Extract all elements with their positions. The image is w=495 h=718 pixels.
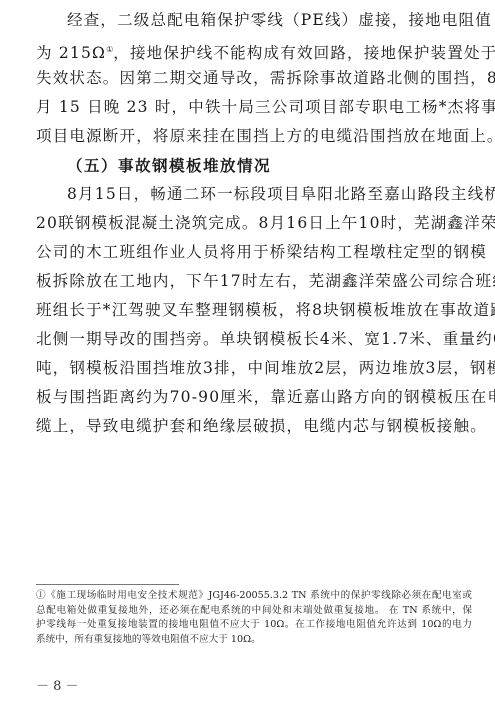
paragraph-line: 经查，二级总配电箱保护零线（PE线）虚接，接地电阻值 bbox=[36, 6, 472, 35]
paragraph-line: 项目电源断开，将原来挂在围挡上方的电缆沿围挡放在地面上。 bbox=[36, 122, 472, 151]
paragraph-line: 板拆除放在工地内，下午17时左右，芜湖鑫洋荣盛公司综合班组 bbox=[36, 267, 472, 296]
paragraph-line: 月 15 日晚 23 时，中铁十局三公司项目部专职电工杨*杰将事故 bbox=[36, 93, 472, 122]
footnote-line: 护零线每一处重复接地装置的接地电阻值不应大于 10Ω。在工作接地电阻值允许达到 … bbox=[36, 618, 472, 633]
paragraph-line: 8月15日，畅通二环一标段项目阜阳北路至嘉山路段主线桥 bbox=[36, 180, 472, 209]
body-text: 经查，二级总配电箱保护零线（PE线）虚接，接地电阻值 为 215Ω①，接地保护线… bbox=[36, 6, 472, 441]
paragraph-line: 20联钢模板混凝土浇筑完成。8月16日上午10时，芜湖鑫洋荣盛 bbox=[36, 209, 472, 238]
document-page: 经查，二级总配电箱保护零线（PE线）虚接，接地电阻值 为 215Ω①，接地保护线… bbox=[0, 0, 495, 718]
footnote-line: 系统中，所有重复接地的等效电阻值不应大于 10Ω。 bbox=[36, 633, 472, 648]
paragraph-line: 吨，钢模板沿围挡堆放3排，中间堆放2层，两边堆放3层，钢模 bbox=[36, 354, 472, 383]
footnote-line: ①《施工现场临时用电安全技术规范》JGJ46-20055.3.2 TN 系统中的… bbox=[36, 589, 472, 604]
paragraph-line: 缆上，导致电缆护套和绝缘层破损，电缆内芯与钢模板接触。 bbox=[36, 412, 472, 441]
footnote: ①《施工现场临时用电安全技术规范》JGJ46-20055.3.2 TN 系统中的… bbox=[36, 589, 472, 647]
paragraph-line: 公司的木工班组作业人员将用于桥梁结构工程墩柱定型的钢模 bbox=[36, 238, 472, 267]
paragraph-line: 失效状态。因第二期交通导改，需拆除事故道路北侧的围挡，8 bbox=[36, 64, 472, 93]
paragraph-line: 北侧一期导改的围挡旁。单块钢模板长4米、宽1.7米、重量约0.95 bbox=[36, 325, 472, 354]
page-number: － 8 － bbox=[36, 675, 79, 694]
footnote-line: 总配电箱处做重复接地外，还必须在配电系统的中间处和末端处做重复接地。 在 TN … bbox=[36, 604, 472, 619]
paragraph-line: 为 215Ω①，接地保护线不能构成有效回路，接地保护装置处于 bbox=[36, 35, 472, 64]
footnote-separator bbox=[36, 584, 179, 585]
paragraph-line: 板与围挡距离约为70-90厘米，靠近嘉山路方向的钢模板压在电 bbox=[36, 383, 472, 412]
paragraph-line: 班组长于*江驾驶叉车整理钢模板，将8块钢模板堆放在事故道路 bbox=[36, 296, 472, 325]
section-heading: （五）事故钢模板堆放情况 bbox=[36, 151, 472, 180]
